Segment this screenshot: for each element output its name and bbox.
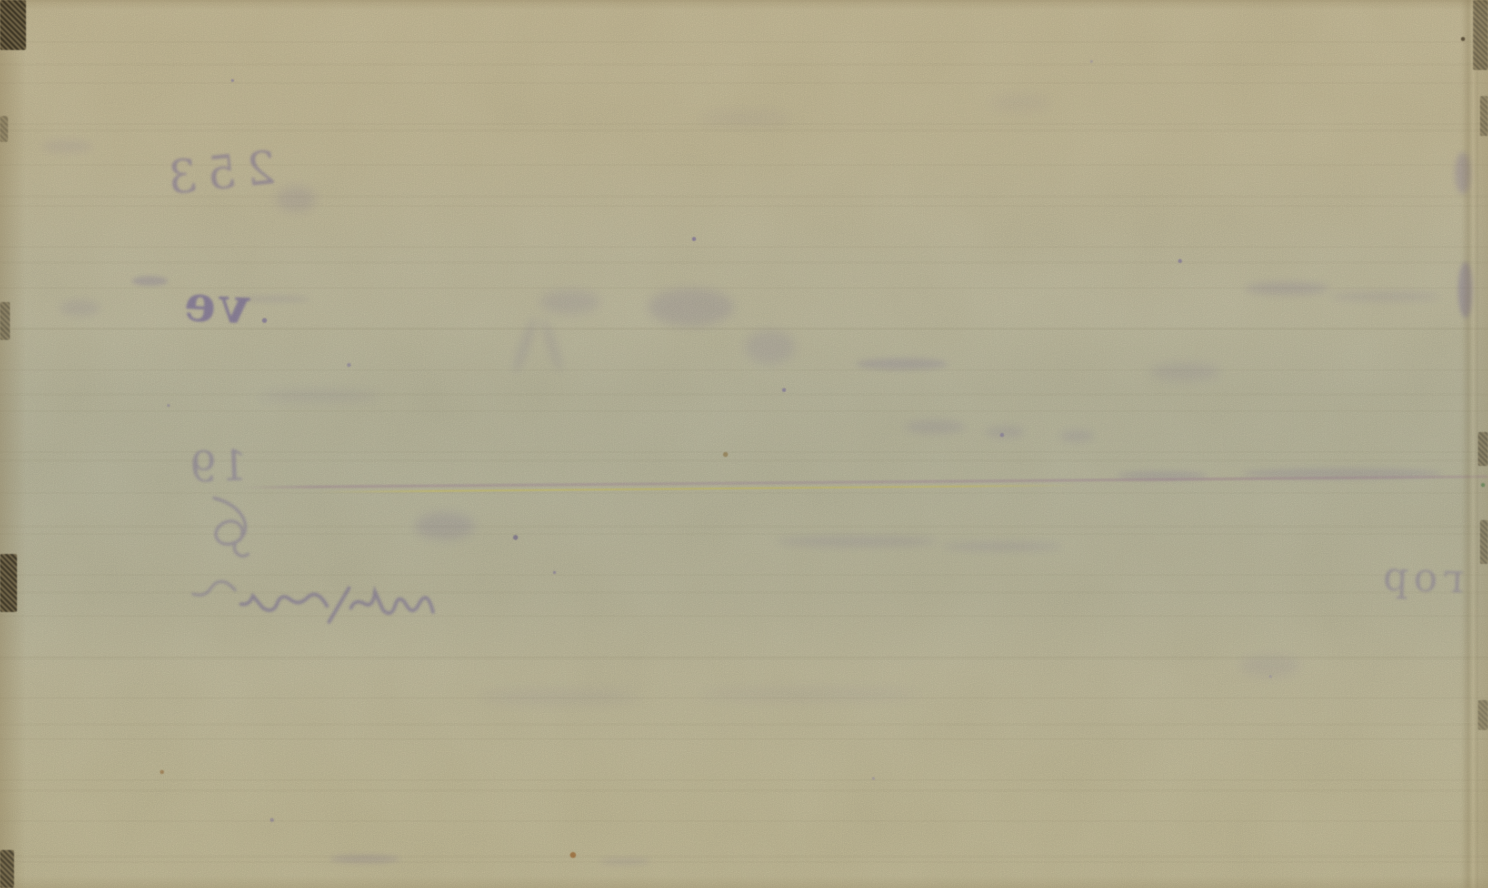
ink-smudge	[42, 140, 92, 153]
ink-smudge	[540, 290, 600, 314]
ink-smudge	[985, 426, 1025, 438]
faded-highlight-line	[320, 484, 1080, 493]
scanned-page: 253 ve 19 гор	[0, 0, 1488, 888]
ink-speck	[1090, 60, 1093, 63]
page-crease	[1462, 0, 1478, 888]
ink-smudge	[480, 690, 640, 704]
ink-smudge	[276, 186, 316, 212]
ink-speck	[513, 535, 518, 540]
ink-smudge	[260, 390, 380, 402]
bleed-through-word-gor: гор	[1377, 557, 1464, 600]
ink-speck	[167, 404, 170, 407]
ink-speck	[723, 452, 728, 457]
bleed-through-word-ve: ve	[179, 278, 250, 332]
ink-speck	[872, 777, 875, 780]
fabric-edge-patch	[0, 116, 8, 142]
ink-smudge	[905, 420, 965, 434]
ink-speck	[570, 852, 576, 858]
ink-smudge	[415, 512, 475, 540]
ink-smudge	[1117, 471, 1207, 480]
fabric-edge-patch	[0, 302, 10, 340]
bleed-through-number-253: 253	[156, 144, 278, 202]
bleed-through-number-19: 19	[185, 445, 248, 489]
ink-smudge	[777, 536, 937, 547]
fabric-edge-patch	[0, 850, 14, 888]
ink-speck	[270, 818, 274, 822]
ink-smudge	[1245, 282, 1329, 295]
ink-speck	[1269, 675, 1272, 678]
fabric-edge-patch	[1478, 700, 1488, 730]
fabric-edge-patch	[1473, 0, 1488, 70]
ink-speck	[692, 237, 696, 241]
ink-smudge	[1060, 430, 1094, 442]
ink-smudge	[1242, 468, 1442, 479]
ink-smudge	[1240, 655, 1300, 677]
fabric-edge-patch	[1480, 96, 1488, 136]
bleed-through-handwriting	[135, 560, 445, 645]
ink-smudge	[745, 330, 795, 364]
fabric-edge-patch	[1480, 520, 1488, 564]
ink-smudge	[240, 296, 310, 302]
ink-smudge	[856, 358, 948, 370]
ink-smudge	[510, 315, 540, 375]
ink-smudge	[1458, 262, 1473, 318]
ink-speck	[160, 770, 164, 774]
ink-smudge	[600, 858, 650, 865]
ink-smudge	[1455, 152, 1471, 194]
ink-speck	[1178, 259, 1182, 263]
bleed-through-flourish	[186, 492, 266, 564]
ink-speck	[231, 79, 234, 82]
ink-smudge	[1150, 363, 1220, 381]
ink-speck	[262, 318, 267, 323]
ink-smudge	[990, 96, 1050, 110]
fabric-edge-patch	[0, 554, 17, 612]
ink-smudge	[648, 288, 734, 326]
ink-speck	[782, 388, 786, 392]
ink-speck	[1481, 483, 1485, 487]
ink-speck	[1000, 433, 1004, 437]
ink-speck	[553, 571, 556, 574]
fabric-edge-patch	[1478, 432, 1488, 466]
ink-smudge	[1330, 292, 1440, 301]
ink-speck	[347, 363, 351, 367]
ink-smudge	[132, 276, 168, 286]
ink-smudge	[60, 300, 100, 316]
ink-smudge	[539, 317, 566, 373]
ink-smudge	[700, 112, 790, 124]
ink-smudge	[330, 855, 400, 863]
fabric-edge-patch	[0, 0, 26, 50]
ink-smudge	[942, 542, 1062, 551]
ink-speck	[1461, 37, 1465, 41]
bleed-through-rule-line	[240, 475, 1488, 489]
ink-smudge	[700, 688, 920, 701]
